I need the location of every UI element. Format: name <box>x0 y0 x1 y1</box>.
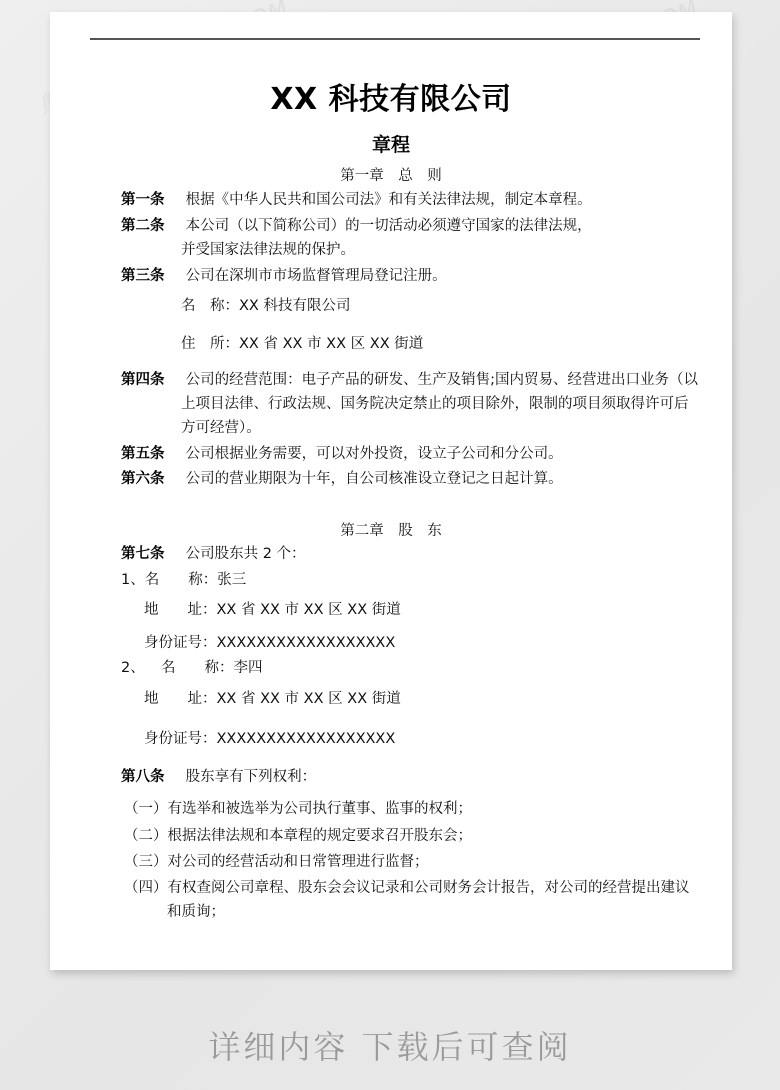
chapter-2-heading: 第二章 股 东 <box>50 519 732 540</box>
right-4-continuation: 和质询； <box>167 902 225 922</box>
field-value: 张三 <box>217 572 246 588</box>
article-2: 第二条 本公司（以下简称公司）的一切活动必须遵守国家的法律法规， <box>121 216 592 236</box>
article-label: 第七条 <box>121 544 181 564</box>
field-label: 名 称： <box>145 572 218 588</box>
right-text: 对公司的经营活动和日常管理进行监督； <box>168 854 429 870</box>
shareholder-2-id: 身份证号：XXXXXXXXXXXXXXXXXX <box>144 729 395 749</box>
right-text: 根据法律法规和本章程的规定要求召开股东会； <box>168 828 473 844</box>
article-5: 第五条 公司根据业务需要，可以对外投资，设立子公司和分公司。 <box>121 444 563 464</box>
article-label: 第六条 <box>121 469 181 489</box>
right-2: （二）根据法律法规和本章程的规定要求召开股东会； <box>124 826 472 846</box>
article-4-line-2: 上项目法律、行政法规、国务院决定禁止的项目除外，限制的项目须取得许可后 <box>181 394 689 414</box>
field-label: 名 称： <box>161 660 234 676</box>
right-number: （三） <box>124 854 168 870</box>
document-page: XX 科技有限公司 章程 第一章 总 则 第一条 根据《中华人民共和国公司法》和… <box>50 12 732 970</box>
article-7: 第七条 公司股东共 2 个： <box>121 544 306 564</box>
article-text: 本公司（以下简称公司）的一切活动必须遵守国家的法律法规， <box>186 218 592 234</box>
field-label: 身份证号： <box>144 731 217 747</box>
article-text: 股东享有下列权利： <box>186 769 317 785</box>
field-label: 身份证号： <box>144 635 217 651</box>
field-value: XX 省 XX 市 XX 区 XX 街道 <box>217 602 401 618</box>
article-8: 第八条 股东享有下列权利： <box>121 767 316 787</box>
right-4: （四）有权查阅公司章程、股东会会议记录和公司财务会计报告，对公司的经营提出建议 <box>124 878 690 898</box>
field-label: 住 所： <box>181 336 239 352</box>
field-label: 地 址： <box>144 691 217 707</box>
article-text: 公司股东共 2 个： <box>186 546 306 562</box>
shareholder-index: 1、 <box>121 572 145 588</box>
article-label: 第五条 <box>121 444 181 464</box>
right-1: （一）有选举和被选举为公司执行董事、监事的权利； <box>124 799 472 819</box>
field-label: 地 址： <box>144 602 217 618</box>
shareholder-1-address: 地 址：XX 省 XX 市 XX 区 XX 街道 <box>144 600 401 620</box>
download-notice: 详细内容 下载后可查阅 <box>0 1022 780 1068</box>
article-label: 第三条 <box>121 266 181 286</box>
article-1: 第一条 根据《中华人民共和国公司法》和有关法律法规，制定本章程。 <box>121 190 592 210</box>
field-value: 李四 <box>234 660 263 676</box>
article-4: 第四条 公司的经营范围：电子产品的研发、生产及销售;国内贸易、经营进出口业务（以 <box>121 370 698 390</box>
article-label: 第一条 <box>121 190 181 210</box>
article-text: 公司根据业务需要，可以对外投资，设立子公司和分公司。 <box>186 446 563 462</box>
right-text: 有权查阅公司章程、股东会会议记录和公司财务会计报告，对公司的经营提出建议 <box>168 880 690 896</box>
shareholder-2-address: 地 址：XX 省 XX 市 XX 区 XX 街道 <box>144 689 401 709</box>
shareholder-1-name: 1、名 称：张三 <box>121 570 246 590</box>
article-text: 公司的营业期限为十年，自公司核准设立登记之日起计算。 <box>186 471 563 487</box>
article-4-line-3: 方可经营）。 <box>181 418 261 438</box>
field-value: XX 省 XX 市 XX 区 XX 街道 <box>217 691 401 707</box>
article-3: 第三条 公司在深圳市市场监督管理局登记注册。 <box>121 266 447 286</box>
right-number: （四） <box>124 880 168 896</box>
chapter-1-heading: 第一章 总 则 <box>50 164 732 185</box>
article-text: 公司在深圳市市场监督管理局登记注册。 <box>186 268 447 284</box>
right-3: （三）对公司的经营活动和日常管理进行监督； <box>124 852 429 872</box>
field-value: XX 省 XX 市 XX 区 XX 街道 <box>239 336 423 352</box>
header-rule <box>90 38 700 40</box>
company-title: XX 科技有限公司 <box>50 74 732 118</box>
field-value: XXXXXXXXXXXXXXXXXX <box>217 635 396 651</box>
registered-address: 住 所：XX 省 XX 市 XX 区 XX 街道 <box>181 334 423 354</box>
article-label: 第八条 <box>121 767 181 787</box>
field-label: 名 称： <box>181 298 239 314</box>
article-text: 根据《中华人民共和国公司法》和有关法律法规，制定本章程。 <box>186 192 592 208</box>
right-text: 有选举和被选举为公司执行董事、监事的权利； <box>168 801 473 817</box>
shareholder-index: 2、 <box>121 658 161 678</box>
article-2-continuation: 并受国家法律法规的保护。 <box>181 240 355 260</box>
article-label: 第四条 <box>121 370 181 390</box>
article-text: 公司的经营范围：电子产品的研发、生产及销售;国内贸易、经营进出口业务（以 <box>186 372 698 388</box>
document-subtitle: 章程 <box>50 130 732 157</box>
article-label: 第二条 <box>121 216 181 236</box>
shareholder-1-id: 身份证号：XXXXXXXXXXXXXXXXXX <box>144 633 395 653</box>
right-number: （二） <box>124 828 168 844</box>
right-number: （一） <box>124 801 168 817</box>
article-6: 第六条 公司的营业期限为十年，自公司核准设立登记之日起计算。 <box>121 469 563 489</box>
shareholder-2-name: 2、名 称：李四 <box>121 658 263 678</box>
field-value: XXXXXXXXXXXXXXXXXX <box>217 731 396 747</box>
registered-name: 名 称：XX 科技有限公司 <box>181 296 350 316</box>
field-value: XX 科技有限公司 <box>239 298 350 314</box>
